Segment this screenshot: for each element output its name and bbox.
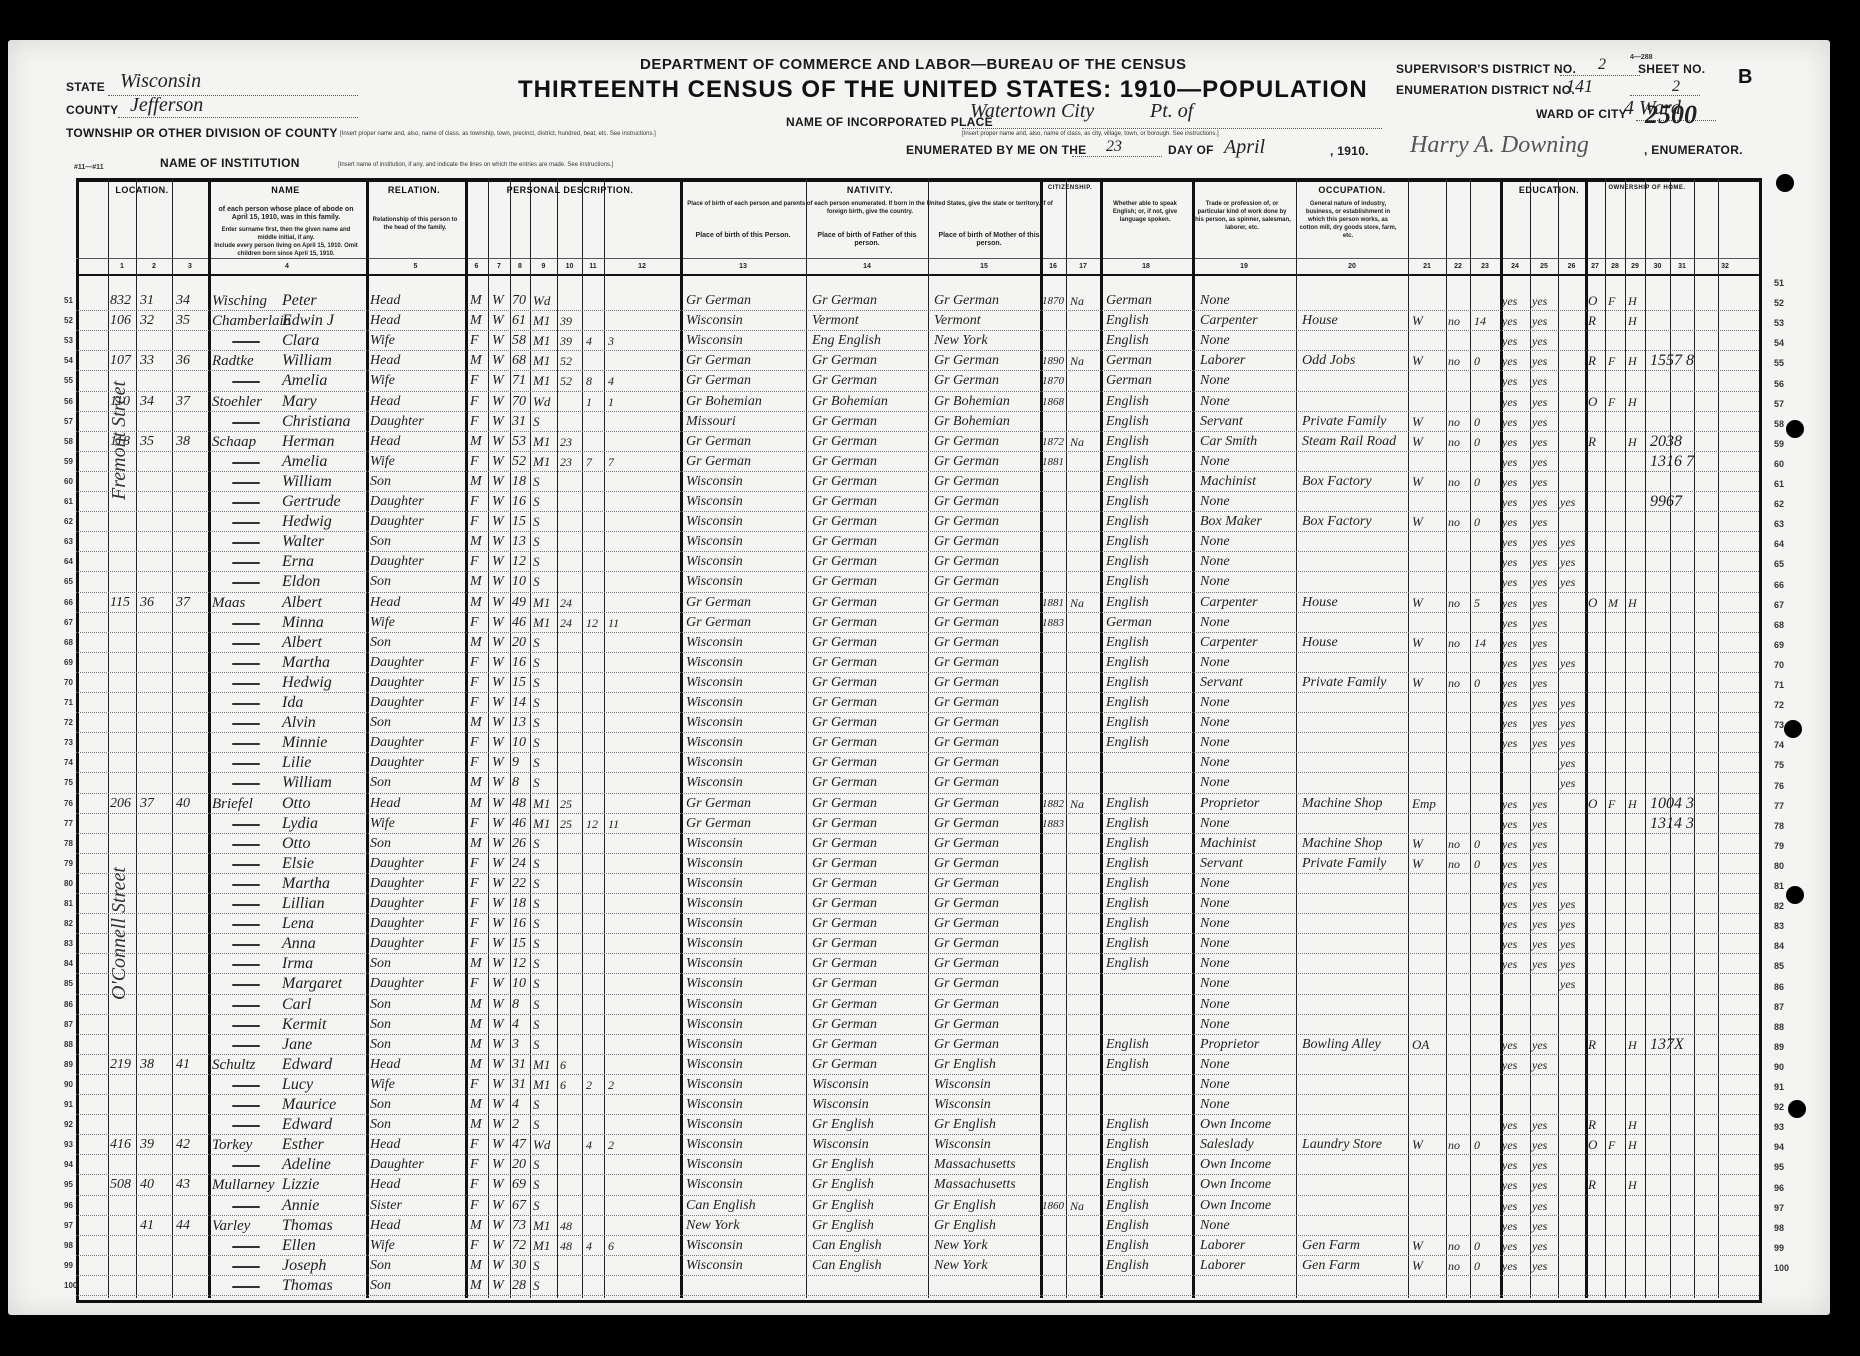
cell-given: Amelia <box>282 373 327 389</box>
cell-birth: Wisconsin <box>686 836 743 852</box>
cell-father: Gr German <box>812 856 877 872</box>
cell-occ: None <box>1200 554 1230 570</box>
column-number: 24 <box>1500 263 1530 270</box>
cell-school: yes <box>1560 494 1575 510</box>
cell-given: Minnie <box>282 735 327 751</box>
row-rule <box>76 873 1759 874</box>
row-rule <box>76 612 1759 613</box>
cell-emp: W <box>1412 836 1423 852</box>
cell-birth: Wisconsin <box>686 675 743 691</box>
cell-yrs: 23 <box>560 434 572 450</box>
line-number: 59 <box>64 457 73 466</box>
census-title: THIRTEENTH CENSUS OF THE UNITED STATES: … <box>518 76 1368 104</box>
cell-sex: M <box>470 715 482 731</box>
line-number: 56 <box>64 397 73 406</box>
cell-born: 7 <box>586 454 592 470</box>
column-divider <box>1066 178 1067 1298</box>
cell-immig: 1882 <box>1042 796 1064 812</box>
cell-lang: English <box>1106 936 1149 952</box>
enumeration-value: 141 <box>1566 76 1593 97</box>
cell-lang: English <box>1106 333 1149 349</box>
cell-nat: Na <box>1070 353 1084 369</box>
cell-school: yes <box>1560 896 1575 912</box>
cell-age: 68 <box>512 353 526 369</box>
cell-sex: F <box>470 735 479 751</box>
cell-marital: M1 <box>533 333 550 349</box>
cell-age: 28 <box>512 1278 526 1294</box>
cell-sex: F <box>470 394 479 410</box>
cell-marital: M1 <box>533 434 550 450</box>
cell-relation: Son <box>370 534 391 550</box>
line-number-right: 56 <box>1774 379 1784 389</box>
cell-given: William <box>282 353 332 369</box>
column-number: 30 <box>1645 263 1670 270</box>
cell-industry: Gen Farm <box>1302 1238 1360 1254</box>
cell-father: Gr German <box>812 534 877 550</box>
cell-occ: Car Smith <box>1200 434 1257 450</box>
ditto-mark <box>232 542 260 544</box>
cell-read: yes <box>1502 595 1517 611</box>
cell-write: yes <box>1532 1157 1547 1173</box>
sheet-value: 2 <box>1672 78 1680 96</box>
cell-race: W <box>492 1218 504 1234</box>
cell-age: 20 <box>512 635 526 651</box>
cell-father: Gr English <box>812 1117 874 1133</box>
line-number-right: 90 <box>1774 1062 1784 1072</box>
cell-father: Gr English <box>812 1218 874 1234</box>
line-number-right: 65 <box>1774 559 1784 569</box>
cell-sex: M <box>470 434 482 450</box>
line-number: 85 <box>64 979 73 988</box>
row-rule <box>76 551 1759 552</box>
cell-read: yes <box>1502 373 1517 389</box>
cell-relation: Daughter <box>370 976 424 992</box>
cell-lang: English <box>1106 1218 1149 1234</box>
cell-given: Gertrude <box>282 494 341 510</box>
cell-lang: English <box>1106 896 1149 912</box>
cell-sex: M <box>470 1017 482 1033</box>
cell-father: Gr German <box>812 494 877 510</box>
ditto-mark <box>232 1045 260 1047</box>
cell-sex: M <box>470 997 482 1013</box>
line-number-right: 68 <box>1774 620 1784 630</box>
cell-relation: Wife <box>370 615 395 631</box>
cell-read: yes <box>1502 1238 1517 1254</box>
cell-age: 12 <box>512 554 526 570</box>
cell-relation: Son <box>370 715 391 731</box>
row-rule <box>76 813 1759 814</box>
cell-out: no <box>1448 353 1460 369</box>
cell-marital: M1 <box>533 1077 550 1093</box>
cell-occ: Laborer <box>1200 1258 1245 1274</box>
line-number: 51 <box>64 296 73 305</box>
cell-marital: S <box>533 474 540 490</box>
cell-read: yes <box>1502 635 1517 651</box>
cell-sex: M <box>470 595 482 611</box>
line-number: 99 <box>64 1261 73 1270</box>
line-number-right: 88 <box>1774 1022 1784 1032</box>
cell-birth: Wisconsin <box>686 1017 743 1033</box>
row-rule <box>76 1014 1759 1015</box>
cell-age: 15 <box>512 675 526 691</box>
cell-read: yes <box>1502 293 1517 309</box>
column-number: 13 <box>680 263 806 270</box>
column-divider <box>1100 178 1103 1298</box>
cell-school: yes <box>1560 755 1575 771</box>
cell-mother: Massachusetts <box>934 1177 1016 1193</box>
cell-mother: Gr German <box>934 655 999 671</box>
cell-write: yes <box>1532 615 1547 631</box>
cell-read: yes <box>1502 916 1517 932</box>
cell-age: 13 <box>512 715 526 731</box>
cell-dwelling: 36 <box>140 595 154 611</box>
cell-surname: Mullarney <box>212 1177 274 1193</box>
cell-school: yes <box>1560 916 1575 932</box>
line-number-right: 83 <box>1774 921 1784 931</box>
cell-own: O <box>1588 394 1597 410</box>
line-number-right: 58 <box>1774 419 1784 429</box>
cell-lang: German <box>1106 353 1152 369</box>
cell-lang: German <box>1106 293 1152 309</box>
cell-age: 70 <box>512 293 526 309</box>
cell-relation: Head <box>370 1218 400 1234</box>
cell-lang: English <box>1106 1238 1149 1254</box>
cell-marital: S <box>533 655 540 671</box>
cell-lang: English <box>1106 675 1149 691</box>
cell-yrs: 6 <box>560 1077 566 1093</box>
cell-dwelling: 37 <box>140 796 154 812</box>
place-note: [Insert proper name and, also, name of c… <box>962 131 1219 137</box>
cell-sex: M <box>470 474 482 490</box>
cell-own: O <box>1588 1137 1597 1153</box>
cell-emp: OA <box>1412 1037 1429 1053</box>
line-number: 94 <box>64 1160 73 1169</box>
cell-father: Gr German <box>812 956 877 972</box>
ditto-mark <box>232 944 260 946</box>
cell-mother: Gr German <box>934 574 999 590</box>
cell-industry: Steam Rail Road <box>1302 434 1396 450</box>
ditto-mark <box>232 743 260 745</box>
cell-living: 1 <box>608 394 614 410</box>
ditto-mark <box>232 884 260 886</box>
cell-age: 15 <box>512 514 526 530</box>
cell-mother: Gr German <box>934 836 999 852</box>
cell-sched: 1557 8 <box>1650 353 1694 369</box>
cell-race: W <box>492 333 504 349</box>
cell-write: yes <box>1532 1057 1547 1073</box>
cell-relation: Head <box>370 1057 400 1073</box>
cell-birth: Wisconsin <box>686 916 743 932</box>
cell-weeks: 0 <box>1474 353 1480 369</box>
header-separator <box>76 274 1759 276</box>
cell-weeks: 0 <box>1474 474 1480 490</box>
cell-marital: S <box>533 715 540 731</box>
line-number-right: 52 <box>1774 298 1784 308</box>
cell-relation: Head <box>370 1177 400 1193</box>
column-number: 6 <box>465 263 488 270</box>
cell-surname: Schultz <box>212 1057 255 1073</box>
cell-occ: None <box>1200 1097 1230 1113</box>
cell-birth: Gr German <box>686 293 751 309</box>
cell-birth: Wisconsin <box>686 1137 743 1153</box>
cell-write: yes <box>1532 373 1547 389</box>
cell-out: no <box>1448 635 1460 651</box>
cell-occ: Laborer <box>1200 353 1245 369</box>
row-rule <box>76 370 1759 371</box>
punch-hole <box>1786 886 1804 904</box>
cell-free: F <box>1608 293 1615 309</box>
cell-relation: Sister <box>370 1198 402 1214</box>
row-rule <box>76 1094 1759 1095</box>
cell-marital: M1 <box>533 313 550 329</box>
line-number-right: 53 <box>1774 318 1784 328</box>
cell-occ: None <box>1200 997 1230 1013</box>
cell-mother: Gr German <box>934 1037 999 1053</box>
cell-mother: New York <box>934 333 988 349</box>
cell-mother: Gr German <box>934 976 999 992</box>
cell-own: R <box>1588 1037 1596 1053</box>
cell-sex: F <box>470 755 479 771</box>
ditto-mark <box>232 1125 260 1127</box>
street-name-oconnell: O'Connell Street <box>108 867 131 1000</box>
row-rule <box>76 1255 1759 1256</box>
cell-occ: Carpenter <box>1200 313 1258 329</box>
line-number-right: 70 <box>1774 660 1784 670</box>
row-rule <box>76 571 1759 572</box>
punch-hole <box>1784 720 1802 738</box>
cell-given: Edwin J <box>282 313 334 329</box>
cell-given: Carl <box>282 997 311 1013</box>
cell-farm: H <box>1628 1117 1637 1133</box>
cell-birth: Wisconsin <box>686 997 743 1013</box>
cell-write: yes <box>1532 474 1547 490</box>
line-number: 100 <box>64 1281 77 1290</box>
cell-read: yes <box>1502 514 1517 530</box>
cell-race: W <box>492 313 504 329</box>
cell-given: Lilie <box>282 755 311 771</box>
cell-given: Alvin <box>282 715 316 731</box>
enumerator-label: , ENUMERATOR. <box>1644 143 1743 157</box>
header-ownership: OWNERSHIP OF HOME. <box>1604 185 1690 191</box>
cell-race: W <box>492 1238 504 1254</box>
line-number-right: 91 <box>1774 1082 1784 1092</box>
ditto-mark <box>232 723 260 725</box>
cell-father: Gr German <box>812 635 877 651</box>
ditto-mark <box>232 1025 260 1027</box>
cell-own: R <box>1588 313 1596 329</box>
cell-marital: M1 <box>533 1057 550 1073</box>
cell-lang: English <box>1106 735 1149 751</box>
column-divider <box>1040 178 1043 1298</box>
cell-school: yes <box>1560 735 1575 751</box>
cell-yrs: 48 <box>560 1218 572 1234</box>
cell-age: 61 <box>512 313 526 329</box>
line-number-right: 51 <box>1774 278 1784 288</box>
cell-age: 67 <box>512 1198 526 1214</box>
cell-father: Gr German <box>812 353 877 369</box>
column-divider <box>806 178 807 1298</box>
cell-age: 48 <box>512 796 526 812</box>
cell-race: W <box>492 1278 504 1294</box>
cell-father: Can English <box>812 1258 882 1274</box>
line-number-right: 59 <box>1774 439 1784 449</box>
cell-father: Gr German <box>812 1037 877 1053</box>
cell-free: F <box>1608 353 1615 369</box>
cell-own: R <box>1588 353 1596 369</box>
ditto-mark <box>232 1246 260 1248</box>
cell-living: 6 <box>608 1238 614 1254</box>
column-divider <box>1530 178 1531 1298</box>
cell-school: yes <box>1560 715 1575 731</box>
ditto-mark <box>232 663 260 665</box>
cell-race: W <box>492 414 504 430</box>
place-value: Watertown City <box>970 100 1094 123</box>
cell-sex: F <box>470 1137 479 1153</box>
supervisor-label: SUPERVISOR'S DISTRICT No. <box>1396 62 1576 76</box>
sheet-letter: B <box>1738 66 1752 89</box>
ditto-mark <box>232 522 260 524</box>
column-divider <box>1625 178 1626 1298</box>
cell-age: 12 <box>512 956 526 972</box>
line-number-right: 96 <box>1774 1183 1784 1193</box>
cell-age: 16 <box>512 916 526 932</box>
cell-mother: Gr German <box>934 775 999 791</box>
cell-relation: Son <box>370 1097 391 1113</box>
cell-lang: English <box>1106 574 1149 590</box>
cell-marital: S <box>533 1017 540 1033</box>
cell-birth: Gr Bohemian <box>686 394 762 410</box>
cell-living: 11 <box>608 816 619 832</box>
cell-age: 46 <box>512 816 526 832</box>
cell-occ: Carpenter <box>1200 635 1258 651</box>
cell-lang: English <box>1106 856 1149 872</box>
cell-write: yes <box>1532 1037 1547 1053</box>
cell-school: yes <box>1560 574 1575 590</box>
cell-occ: None <box>1200 574 1230 590</box>
cell-write: yes <box>1532 896 1547 912</box>
cell-sched: 137X <box>1650 1037 1684 1053</box>
cell-farm: H <box>1628 394 1637 410</box>
cell-birth: Wisconsin <box>686 715 743 731</box>
cell-read: yes <box>1502 735 1517 751</box>
column-number: 21 <box>1408 263 1446 270</box>
cell-mother: Gr German <box>934 635 999 651</box>
cell-living: 11 <box>608 615 619 631</box>
cell-birth: Wisconsin <box>686 956 743 972</box>
column-divider <box>1670 178 1671 1298</box>
cell-relation: Head <box>370 353 400 369</box>
row-rule <box>76 431 1759 432</box>
state-label: STATE <box>66 80 105 94</box>
cell-age: 14 <box>512 695 526 711</box>
line-number: 79 <box>64 859 73 868</box>
cell-sex: M <box>470 1057 482 1073</box>
header-nativity-sub: Place of birth of each person and parent… <box>684 200 1056 216</box>
cell-given: Maurice <box>282 1097 336 1113</box>
cell-sex: M <box>470 313 482 329</box>
cell-father: Gr German <box>812 595 877 611</box>
cell-school: yes <box>1560 534 1575 550</box>
cell-mother: Gr German <box>934 514 999 530</box>
cell-race: W <box>492 534 504 550</box>
cell-write: yes <box>1532 574 1547 590</box>
cell-read: yes <box>1502 896 1517 912</box>
cell-write: yes <box>1532 695 1547 711</box>
cell-given: Thomas <box>282 1218 333 1234</box>
cell-yrs: 52 <box>560 353 572 369</box>
line-number-right: 71 <box>1774 680 1784 690</box>
cell-school: yes <box>1560 936 1575 952</box>
cell-age: 16 <box>512 494 526 510</box>
column-divider <box>1192 178 1195 1298</box>
header-occupation: OCCUPATION. <box>1192 185 1512 195</box>
cell-house: 219 <box>110 1057 131 1073</box>
column-number: 19 <box>1192 263 1296 270</box>
cell-relation: Head <box>370 1137 400 1153</box>
county-value: Jefferson <box>130 94 203 117</box>
line-number: 71 <box>64 698 73 707</box>
cell-relation: Daughter <box>370 916 424 932</box>
row-rule <box>76 772 1759 773</box>
cell-birth: Wisconsin <box>686 1177 743 1193</box>
header-nativity: NATIVITY. <box>680 185 1060 195</box>
cell-read: yes <box>1502 313 1517 329</box>
cell-given: Joseph <box>282 1258 326 1274</box>
cell-surname: Maas <box>212 595 245 611</box>
line-number: 63 <box>64 537 73 546</box>
cell-surname: Schaap <box>212 434 256 450</box>
cell-dwelling: 41 <box>140 1218 154 1234</box>
cell-emp: W <box>1412 856 1423 872</box>
cell-marital: M1 <box>533 615 550 631</box>
cell-write: yes <box>1532 856 1547 872</box>
cell-read: yes <box>1502 675 1517 691</box>
cell-sex: F <box>470 1198 479 1214</box>
cell-relation: Wife <box>370 333 395 349</box>
cell-given: Lizzie <box>282 1177 319 1193</box>
cell-lang: English <box>1106 956 1149 972</box>
cell-relation: Daughter <box>370 695 424 711</box>
cell-out: no <box>1448 1238 1460 1254</box>
department-title: DEPARTMENT OF COMMERCE AND LABOR—BUREAU … <box>640 56 1187 73</box>
cell-read: yes <box>1502 655 1517 671</box>
cell-out: no <box>1448 675 1460 691</box>
cell-given: Hedwig <box>282 514 332 530</box>
cell-age: 3 <box>512 1037 519 1053</box>
cell-lang: English <box>1106 474 1149 490</box>
cell-family: 36 <box>176 353 190 369</box>
cell-occ: None <box>1200 494 1230 510</box>
cell-yrs: 52 <box>560 373 572 389</box>
cell-mother: New York <box>934 1238 988 1254</box>
line-number-right: 61 <box>1774 479 1784 489</box>
cell-marital: Wd <box>533 394 550 410</box>
cell-given: Ellen <box>282 1238 316 1254</box>
cell-father: Gr German <box>812 796 877 812</box>
cell-mother: Gr German <box>934 876 999 892</box>
cell-living: 2 <box>608 1077 614 1093</box>
cell-marital: S <box>533 956 540 972</box>
ditto-mark <box>232 643 260 645</box>
ditto-mark <box>232 1286 260 1288</box>
cell-marital: S <box>533 876 540 892</box>
line-number: 54 <box>64 356 73 365</box>
cell-lang: English <box>1106 1157 1149 1173</box>
cell-sex: M <box>470 1278 482 1294</box>
cell-immig: 1870 <box>1042 293 1064 309</box>
cell-mother: Gr English <box>934 1117 996 1133</box>
cell-read: yes <box>1502 1117 1517 1133</box>
